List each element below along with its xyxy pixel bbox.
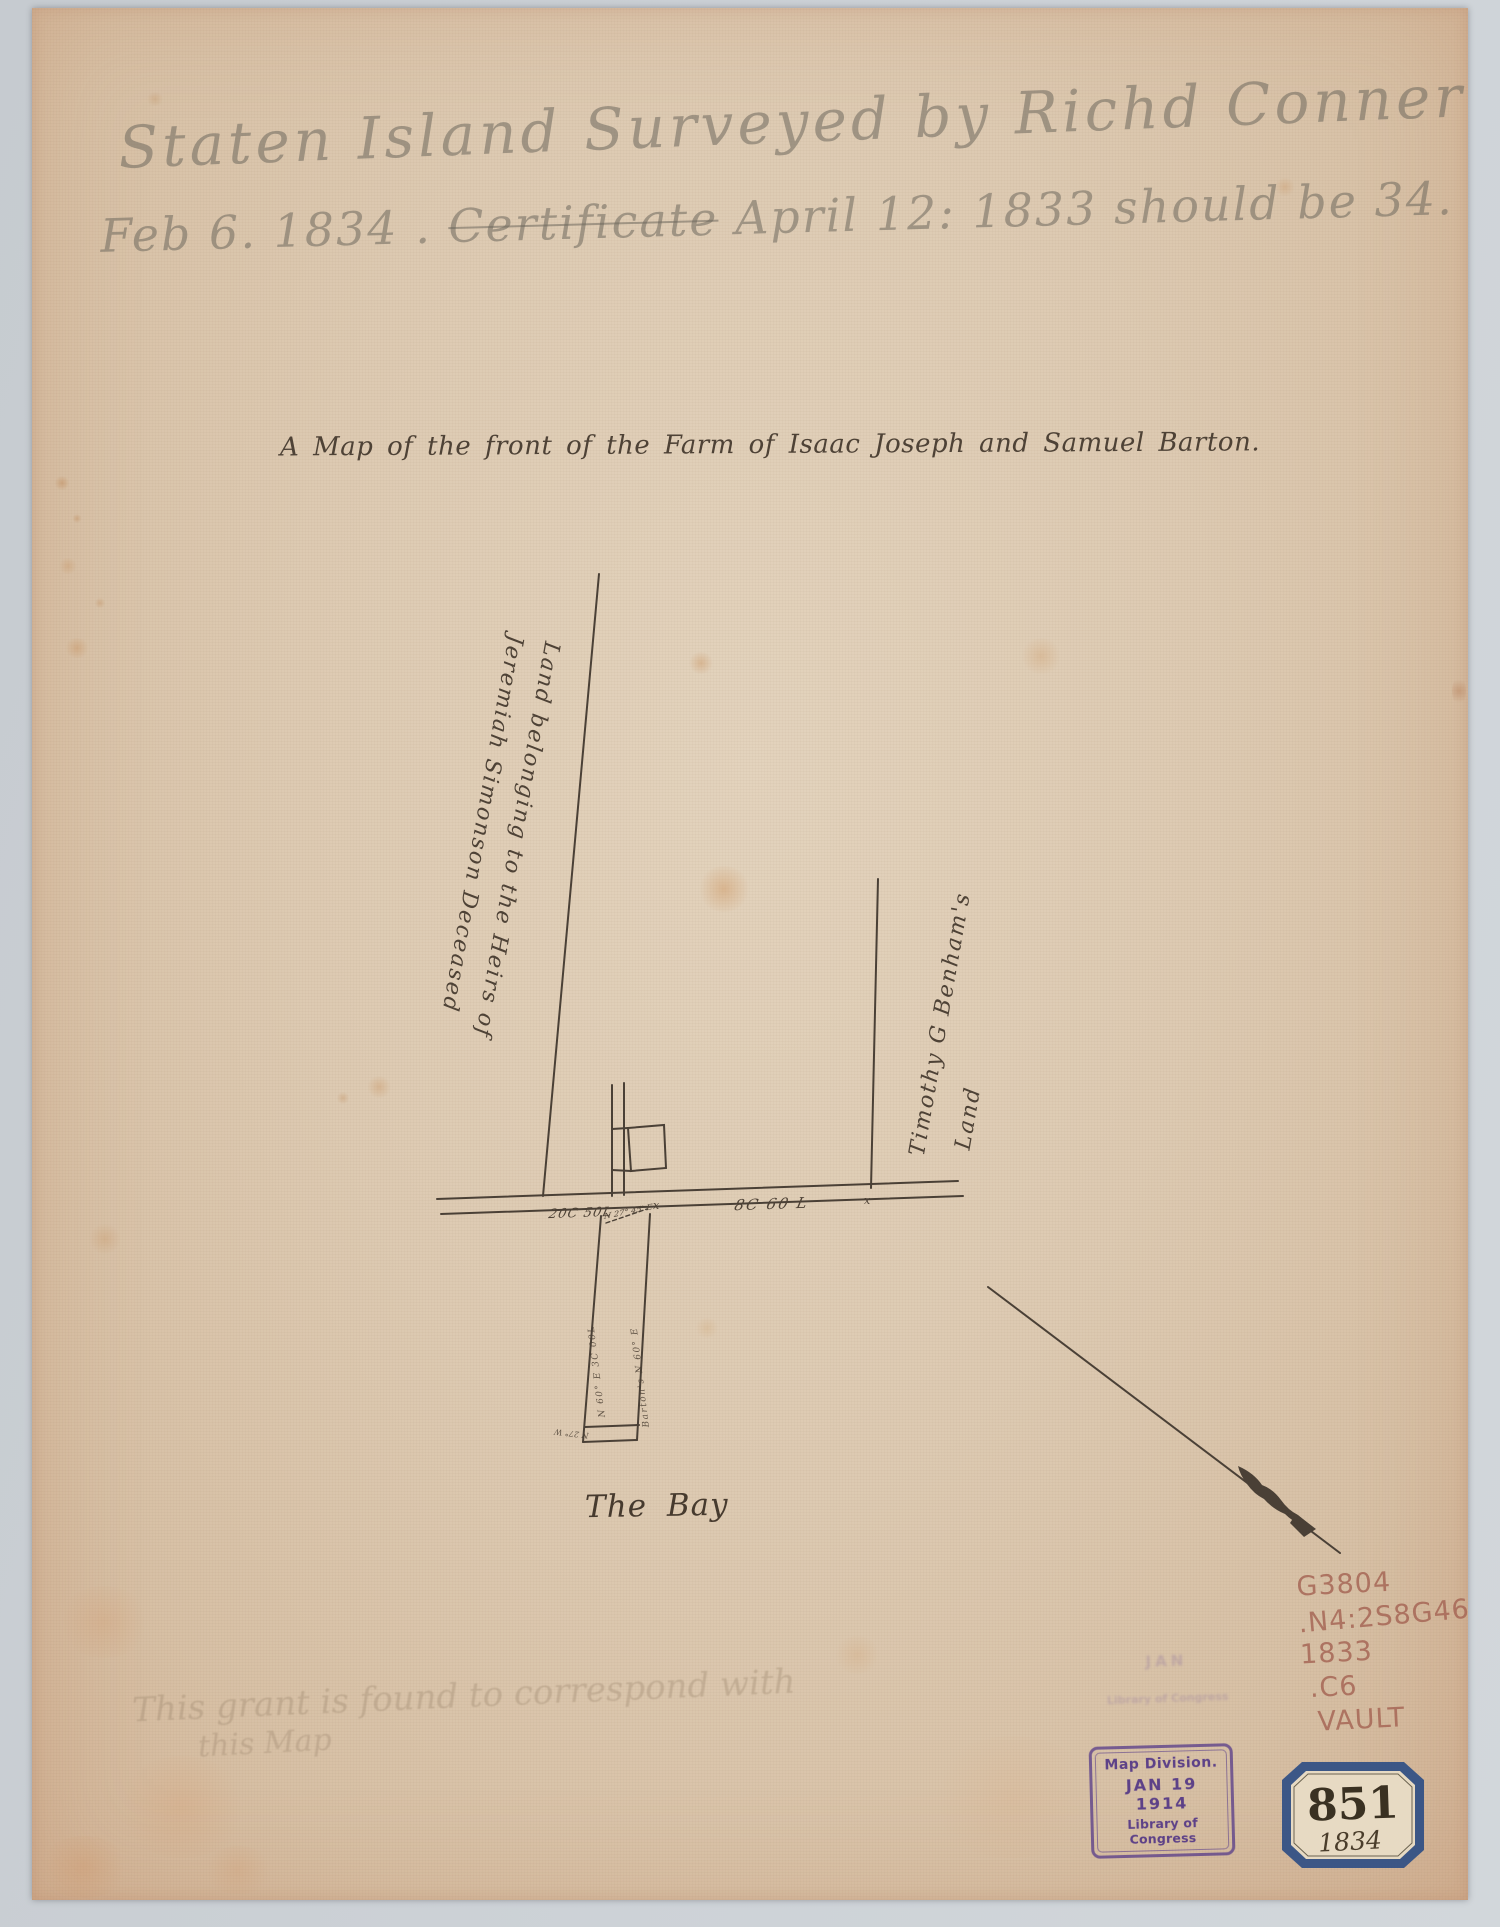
lane-end-cap (583, 1440, 637, 1442)
ghost-stamp: JAN Library of Congress (1091, 1649, 1243, 1707)
stamp-line1: Map Division. (1098, 1754, 1224, 1773)
road-line-upper (437, 1181, 958, 1199)
bay-label: The Bay (585, 1487, 729, 1526)
north-arrow-diamond (1290, 1514, 1316, 1537)
survey-drawing (0, 0, 1500, 1927)
house-outline (628, 1125, 666, 1171)
map-division-stamp: Map Division. JAN 19 1914 Library of Con… (1089, 1743, 1236, 1859)
scanned-map-page: Staten Island Surveyed by Richd Conner F… (0, 0, 1500, 1927)
benham-boundary-line (871, 879, 878, 1188)
survey-x-marker-mid: x (653, 1199, 659, 1212)
map-division-stamp-inner: Map Division. JAN 19 1914 Library of Con… (1095, 1749, 1230, 1852)
road-line-lower (441, 1196, 963, 1214)
call-number: G3804 .N4:2S8G46 1833 .C6 VAULT (1296, 1562, 1477, 1741)
stamp-line2: JAN 19 1914 (1098, 1773, 1225, 1814)
road-measure-right: 8C 60 L (733, 1194, 811, 1215)
accession-year: 1834 (1290, 1824, 1409, 1859)
stamp-line3: Library of Congress (1099, 1814, 1226, 1847)
lane-end-inner (585, 1425, 639, 1427)
north-arrow-fletching (1238, 1466, 1313, 1527)
survey-x-marker-right: x (864, 1194, 870, 1207)
accession-label: 851 1834 (1282, 1762, 1424, 1868)
north-arrow (988, 1287, 1340, 1553)
accession-label-paper: 851 1834 (1291, 1771, 1415, 1859)
house-connector-bottom (612, 1170, 631, 1171)
faint-note-line2: this Map (197, 1723, 332, 1765)
ghost-stamp-line1: JAN (1091, 1649, 1242, 1672)
house-connector-top (612, 1128, 628, 1129)
